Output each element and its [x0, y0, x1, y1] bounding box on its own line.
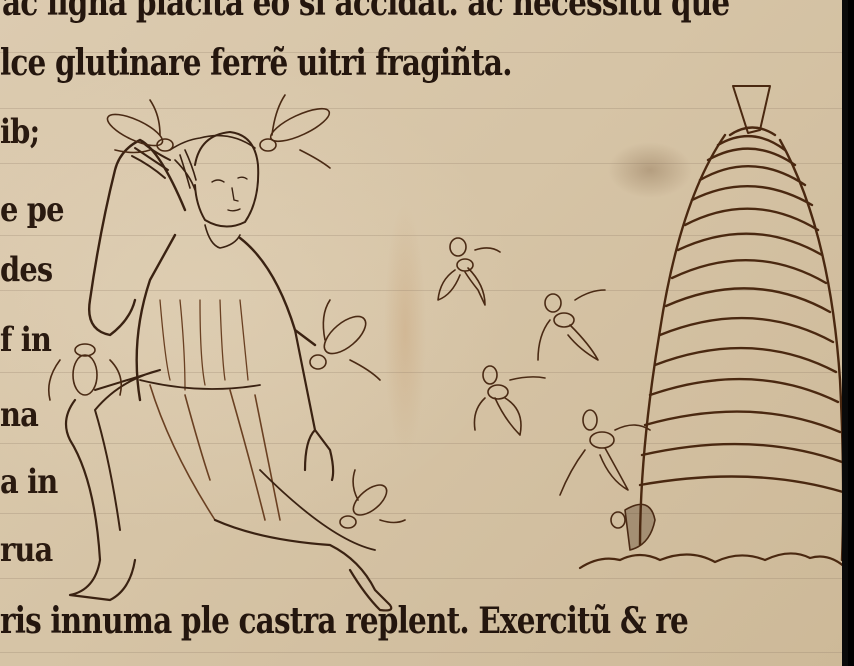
illustration	[0, 0, 848, 666]
youth-figure	[66, 132, 391, 610]
scan-edge	[842, 0, 848, 666]
manuscript-page: ac ligna placita eo si accidat. ac neces…	[0, 0, 848, 666]
bee	[310, 300, 380, 380]
bee	[538, 290, 605, 360]
beehive-skep	[580, 86, 848, 570]
bee	[438, 238, 500, 305]
bee	[340, 470, 405, 528]
bee	[474, 366, 545, 435]
bee	[560, 410, 650, 495]
bee	[104, 100, 173, 153]
bee	[49, 344, 122, 400]
bee	[611, 504, 655, 550]
bee	[260, 95, 333, 168]
